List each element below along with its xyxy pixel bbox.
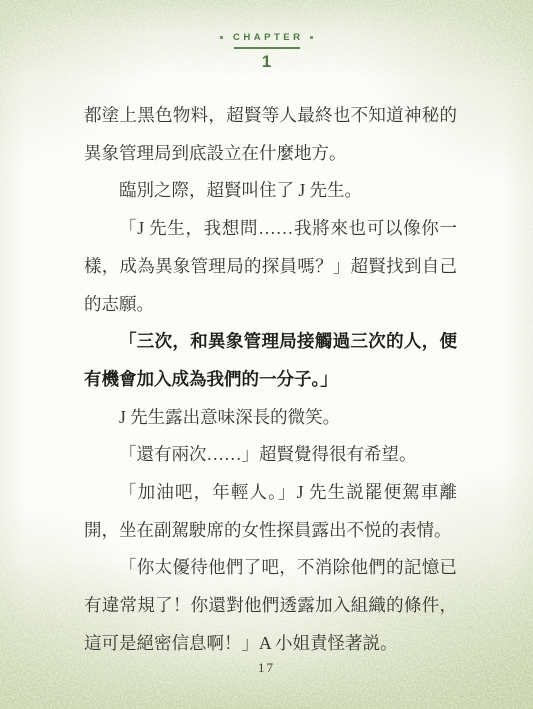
book-page: CHAPTER 1 都塗上黑色物料，超賢等人最終也不知道神秘的異象管理局到底設立… bbox=[0, 0, 533, 709]
paragraph: 臨別之際，超賢叫住了 J 先生。 bbox=[84, 172, 457, 210]
body-text: 都塗上黑色物料，超賢等人最終也不知道神秘的異象管理局到底設立在什麼地方。 臨別之… bbox=[84, 97, 457, 663]
paragraph: 「你太優待他們了吧，不消除他們的記憶已有違常規了！你還對他們透露加入組織的條件，… bbox=[84, 549, 457, 662]
paragraph-emphasis: 「三次，和異象管理局接觸過三次的人，便有機會加入成為我們的一分子。」 bbox=[84, 323, 457, 398]
paragraph: 「J 先生，我想問……我將來也可以像你一樣，成為異象管理局的探員嗎？」超賢找到自… bbox=[84, 210, 457, 323]
chapter-number: 1 bbox=[0, 52, 533, 72]
paragraph: 「加油吧，年輕人。」J 先生説罷便駕車離開，坐在副駕駛席的女性探員露出不悦的表情… bbox=[84, 474, 457, 549]
paragraph: 都塗上黑色物料，超賢等人最終也不知道神秘的異象管理局到底設立在什麼地方。 bbox=[84, 97, 457, 172]
paragraph: J 先生露出意味深長的微笑。 bbox=[84, 399, 457, 437]
chapter-rule-divider bbox=[234, 47, 300, 49]
paragraph: 「還有兩次……」超賢覺得很有希望。 bbox=[84, 436, 457, 474]
chapter-label: CHAPTER bbox=[230, 32, 304, 43]
chapter-ornament-left-icon bbox=[220, 36, 223, 39]
chapter-header: CHAPTER 1 bbox=[0, 32, 533, 72]
chapter-ornament-right-icon bbox=[310, 36, 313, 39]
page-number: 17 bbox=[0, 660, 533, 676]
